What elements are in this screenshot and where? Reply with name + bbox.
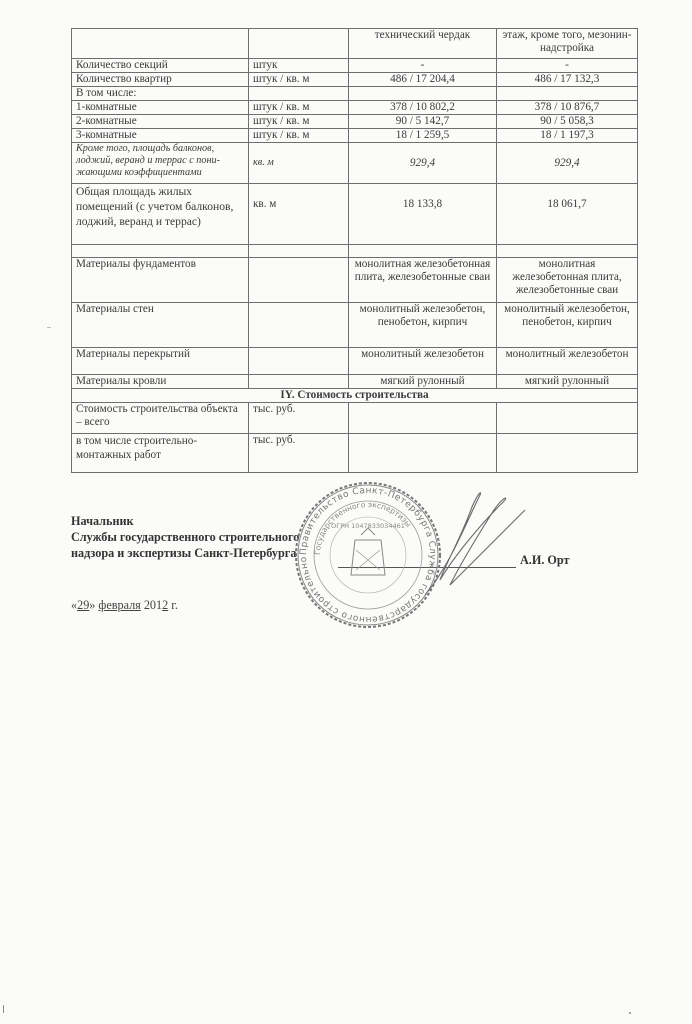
- date-year-prefix: 201: [144, 598, 162, 612]
- row-label: Стоимость строительства объекта – всего: [72, 403, 249, 434]
- row-value-2: [497, 403, 638, 434]
- row-value-2: [497, 434, 638, 473]
- section-header-row: IY. Стоимость строительства: [72, 389, 638, 403]
- row-unit: [249, 87, 349, 101]
- row-unit: штук: [249, 59, 349, 73]
- cost-row: в том числе строительно-монтажных работ …: [72, 434, 638, 473]
- table-row: Материалы кровли мягкий рулонный мягкий …: [72, 375, 638, 389]
- row-value-2: 486 / 17 132,3: [497, 73, 638, 87]
- scan-speck: [3, 1005, 4, 1013]
- table-row: Кроме того, площадь балконов, лоджий, ве…: [72, 143, 638, 184]
- header-cell-unit: [249, 29, 349, 59]
- document-date: «29» февраля 2012 г.: [71, 598, 178, 613]
- row-value-2: [497, 245, 638, 258]
- row-value-1: [349, 245, 497, 258]
- row-value-2: 18 / 1 197,3: [497, 129, 638, 143]
- row-label: Кроме того, площадь балконов, лоджий, ве…: [72, 143, 249, 184]
- row-unit: [249, 375, 349, 389]
- table-row-empty: [72, 245, 638, 258]
- row-value-1: монолитный железобетон, пенобетон, кирпи…: [349, 303, 497, 348]
- row-label: Материалы фундаментов: [72, 258, 249, 303]
- row-value-1: [349, 403, 497, 434]
- date-quote-close: »: [89, 598, 95, 612]
- row-unit: [249, 303, 349, 348]
- row-label: в том числе строительно-монтажных работ: [72, 434, 249, 473]
- signer-organization-line-2: надзора и экспертизы Санкт-Петербурга: [71, 545, 299, 561]
- row-unit: штук / кв. м: [249, 101, 349, 115]
- row-label: Материалы стен: [72, 303, 249, 348]
- row-unit: тыс. руб.: [249, 434, 349, 473]
- building-spec-table: технический чердак этаж, кроме того, мез…: [71, 28, 638, 473]
- table-row: Количество квартир штук / кв. м 486 / 17…: [72, 73, 638, 87]
- date-year-suffix: 2: [162, 598, 168, 612]
- row-label: 2-комнатные: [72, 115, 249, 129]
- row-unit: [249, 245, 349, 258]
- header-cell-label: [72, 29, 249, 59]
- row-label: Материалы перекрытий: [72, 348, 249, 375]
- row-value-1: -: [349, 59, 497, 73]
- row-value-2: -: [497, 59, 638, 73]
- row-value-1: [349, 434, 497, 473]
- row-unit: штук / кв. м: [249, 73, 349, 87]
- row-value-1: 929,4: [349, 143, 497, 184]
- row-value-1: [349, 87, 497, 101]
- svg-text:ОГРН 1047833034461: ОГРН 1047833034461: [331, 522, 405, 530]
- row-value-1: 18 133,8: [349, 184, 497, 245]
- row-unit: тыс. руб.: [249, 403, 349, 434]
- row-value-1: 18 / 1 259,5: [349, 129, 497, 143]
- handwritten-signature-icon: [420, 485, 530, 605]
- row-label: Количество квартир: [72, 73, 249, 87]
- row-label: Материалы кровли: [72, 375, 249, 389]
- row-value-2: монолитный железобетон: [497, 348, 638, 375]
- row-value-2: 378 / 10 876,7: [497, 101, 638, 115]
- row-label: Количество секций: [72, 59, 249, 73]
- date-month: февраля: [98, 598, 140, 612]
- table-row: Общая площадь жилых помещений (с учетом …: [72, 184, 638, 245]
- table-row: В том числе:: [72, 87, 638, 101]
- table-row: 1-комнатные штук / кв. м 378 / 10 802,2 …: [72, 101, 638, 115]
- table-row: Материалы фундаментов монолитная железоб…: [72, 258, 638, 303]
- row-unit: кв. м: [249, 184, 349, 245]
- row-unit: кв. м: [249, 143, 349, 184]
- table-row: Материалы стен монолитный железобетон, п…: [72, 303, 638, 348]
- row-value-2: 929,4: [497, 143, 638, 184]
- row-label: 3-комнатные: [72, 129, 249, 143]
- section-title: IY. Стоимость строительства: [72, 389, 638, 403]
- signer-organization-line-1: Службы государственного строительного: [71, 529, 299, 545]
- row-unit: штук / кв. м: [249, 129, 349, 143]
- header-cell-variant-1: технический чердак: [349, 29, 497, 59]
- header-cell-variant-2: этаж, кроме того, мезонин-надстройка: [497, 29, 638, 59]
- row-value-1: монолитная железобетонная плита, железоб…: [349, 258, 497, 303]
- document-page: технический чердак этаж, кроме того, мез…: [0, 0, 692, 1024]
- date-day: 29: [77, 598, 89, 612]
- date-suffix: г.: [171, 598, 178, 612]
- table-row: Количество секций штук - -: [72, 59, 638, 73]
- row-unit: штук / кв. м: [249, 115, 349, 129]
- row-unit: [249, 258, 349, 303]
- row-value-2: мягкий рулонный: [497, 375, 638, 389]
- scan-speck: [47, 327, 51, 328]
- row-value-2: монолитный железобетон, пенобетон, кирпи…: [497, 303, 638, 348]
- row-label: 1-комнатные: [72, 101, 249, 115]
- signer-title: Начальник Службы государственного строит…: [71, 513, 299, 561]
- table-row: Материалы перекрытий монолитный железобе…: [72, 348, 638, 375]
- scan-speck: [629, 1012, 631, 1014]
- row-label: В том числе:: [72, 87, 249, 101]
- table-header-row: технический чердак этаж, кроме того, мез…: [72, 29, 638, 59]
- row-label: Общая площадь жилых помещений (с учетом …: [72, 184, 249, 245]
- table-row: 3-комнатные штук / кв. м 18 / 1 259,5 18…: [72, 129, 638, 143]
- row-value-2: [497, 87, 638, 101]
- table-row: 2-комнатные штук / кв. м 90 / 5 142,7 90…: [72, 115, 638, 129]
- cost-row: Стоимость строительства объекта – всего …: [72, 403, 638, 434]
- row-value-1: 378 / 10 802,2: [349, 101, 497, 115]
- row-value-1: монолитный железобетон: [349, 348, 497, 375]
- row-label: [72, 245, 249, 258]
- row-value-1: мягкий рулонный: [349, 375, 497, 389]
- row-unit: [249, 348, 349, 375]
- signer-position: Начальник: [71, 513, 299, 529]
- row-value-2: 90 / 5 058,3: [497, 115, 638, 129]
- row-value-2: монолитная железобетонная плита, железоб…: [497, 258, 638, 303]
- row-value-1: 90 / 5 142,7: [349, 115, 497, 129]
- row-value-1: 486 / 17 204,4: [349, 73, 497, 87]
- row-value-2: 18 061,7: [497, 184, 638, 245]
